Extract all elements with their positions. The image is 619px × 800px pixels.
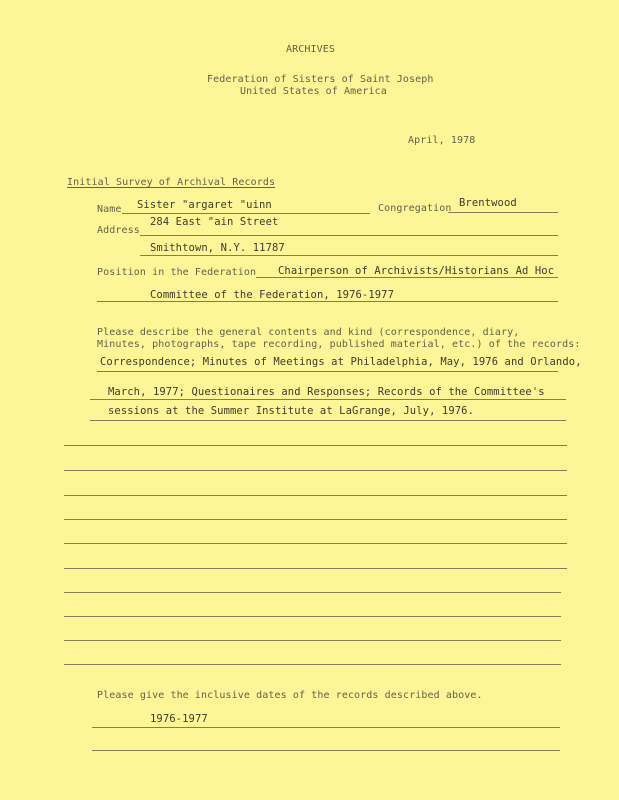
blank-line bbox=[64, 445, 567, 446]
blank-line bbox=[64, 616, 561, 617]
document-page: ARCHIVES Federation of Sisters of Saint … bbox=[0, 0, 619, 800]
blank-line bbox=[64, 568, 567, 569]
position-underline-1 bbox=[256, 277, 558, 278]
answer-line bbox=[90, 399, 566, 400]
address-line2: Smithtown, N.Y. 11787 bbox=[150, 242, 285, 254]
address-line-1 bbox=[140, 235, 558, 236]
document-date: April, 1978 bbox=[408, 135, 475, 146]
address-line-2 bbox=[140, 255, 558, 256]
answer-line bbox=[90, 420, 566, 421]
describe-prompt-1: Please describe the general contents and… bbox=[97, 327, 519, 338]
form-title: Initial Survey of Archival Records bbox=[67, 177, 275, 188]
describe-answer-3: sessions at the Summer Institute at LaGr… bbox=[108, 405, 474, 417]
org-name: Federation of Sisters of Saint Joseph bbox=[207, 74, 433, 85]
congregation-label: Congregation bbox=[378, 203, 451, 214]
blank-line bbox=[64, 664, 561, 665]
position-line1: Chairperson of Archivists/Historians Ad … bbox=[278, 265, 554, 277]
archives-heading: ARCHIVES bbox=[286, 44, 335, 55]
blank-line bbox=[64, 592, 561, 593]
answer-line bbox=[97, 371, 558, 372]
blank-line bbox=[64, 495, 567, 496]
position-underline-2 bbox=[97, 301, 558, 302]
org-country: United States of America bbox=[240, 86, 387, 97]
describe-answer-1: Correspondence; Minutes of Meetings at P… bbox=[100, 356, 582, 368]
blank-line bbox=[64, 640, 561, 641]
describe-answer-2: March, 1977; Questionaires and Responses… bbox=[108, 386, 545, 398]
blank-line bbox=[64, 519, 567, 520]
position-label: Position in the Federation bbox=[97, 267, 256, 278]
address-label: Address bbox=[97, 225, 140, 236]
name-label: Name bbox=[97, 204, 121, 215]
dates-prompt: Please give the inclusive dates of the r… bbox=[97, 690, 483, 701]
blank-line bbox=[92, 750, 560, 751]
dates-value: 1976-1977 bbox=[150, 713, 208, 725]
congregation-line bbox=[448, 212, 558, 213]
position-line2: Committee of the Federation, 1976-1977 bbox=[150, 289, 394, 301]
describe-prompt-2: Minutes, photographs, tape recording, pu… bbox=[97, 339, 581, 350]
dates-line bbox=[92, 727, 560, 728]
blank-line bbox=[64, 543, 567, 544]
name-value: Sister "argaret "uinn bbox=[137, 199, 272, 211]
blank-line bbox=[64, 470, 567, 471]
congregation-value: Brentwood bbox=[459, 197, 517, 209]
address-line1: 284 East "ain Street bbox=[150, 216, 278, 228]
name-line bbox=[122, 213, 370, 214]
